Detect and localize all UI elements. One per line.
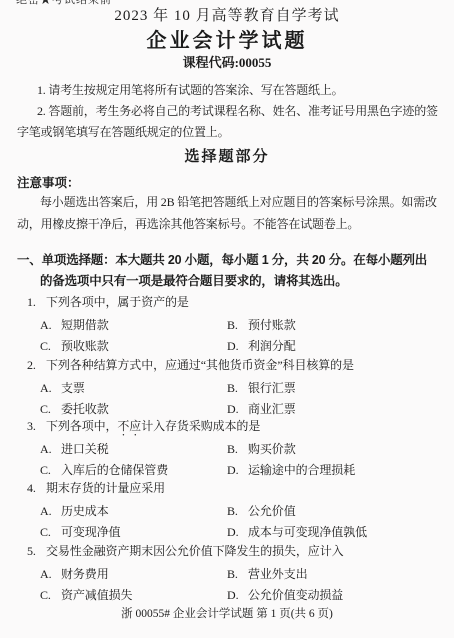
option-text: 历史成本 xyxy=(61,504,109,518)
question-5: 5.交易性金融资产期末因公允价值下降发生的损失，应计入 A.财务费用 B.营业外… xyxy=(17,541,438,606)
option-row: A.短期借款 B.预付账款 xyxy=(17,315,438,336)
question-stem-text: 期末存货的计量应采用 xyxy=(46,481,165,495)
option-text: 支票 xyxy=(61,381,85,395)
option-text: 预收账款 xyxy=(61,339,109,353)
instruction-item-2: 2. 答题前，考生务必将自己的考试课程名称、姓名、准考证号用黑色字迹的签字笔或钢… xyxy=(17,101,438,142)
question-5-option-b: B.营业外支出 xyxy=(227,564,308,585)
option-text: 进口关税 xyxy=(61,442,109,456)
option-label: C. xyxy=(40,522,55,543)
option-label: A. xyxy=(40,564,55,585)
question-1-option-b: B.预付账款 xyxy=(227,315,296,336)
question-2-option-b: B.银行汇票 xyxy=(227,378,296,399)
question-4: 4.期末存货的计量应采用 A.历史成本 B.公允价值 C.可变现净值 D.成本与… xyxy=(17,478,438,543)
question-4-stem: 4.期末存货的计量应采用 xyxy=(17,478,438,501)
option-label: B. xyxy=(227,501,242,522)
option-row: A.财务费用 B.营业外支出 xyxy=(17,564,438,585)
exam-paper-page: 绝密★考试结束前 2023 年 10 月高等教育自学考试 企业会计学试题 课程代… xyxy=(0,0,454,638)
option-text: 利润分配 xyxy=(248,339,296,353)
option-text: 委托收款 xyxy=(61,402,109,416)
option-text: 运输途中的合理损耗 xyxy=(248,463,355,477)
section-heading: 选择题部分 xyxy=(0,147,454,167)
question-5-stem: 5.交易性金融资产期末因公允价值下降发生的损失，应计入 xyxy=(17,541,438,564)
notice-body: 每小题选出答案后，用 2B 铅笔把答题纸上对应题目的答案标号涂黑。如需改动，用橡… xyxy=(17,192,438,235)
exam-session-title: 2023 年 10 月高等教育自学考试 xyxy=(0,6,454,26)
notice-title: 注意事项： xyxy=(17,174,438,192)
question-stem-emphasis: 不应 xyxy=(117,419,141,433)
question-stem-text: 下列各种结算方式中，应通过“其他货币资金”科目核算的是 xyxy=(46,358,354,372)
option-label: B. xyxy=(227,564,242,585)
question-5-option-a: A.财务费用 xyxy=(40,564,227,585)
question-number: 5. xyxy=(27,541,40,562)
option-row: C.预收账款 D.利润分配 xyxy=(17,336,438,357)
question-2: 2.下列各种结算方式中，应通过“其他货币资金”科目核算的是 A.支票 B.银行汇… xyxy=(17,355,438,420)
question-2-option-a: A.支票 xyxy=(40,378,227,399)
option-label: A. xyxy=(40,315,55,336)
option-label: C. xyxy=(40,336,55,357)
question-4-option-a: A.历史成本 xyxy=(40,501,227,522)
question-stem-text: 下列各项中， xyxy=(46,419,117,433)
question-number: 3. xyxy=(27,416,40,437)
question-number: 2. xyxy=(27,355,40,376)
question-3-option-b: B.购买价款 xyxy=(227,439,296,460)
question-stem-text: 交易性金融资产期末因公允价值下降发生的损失，应计入 xyxy=(46,544,344,558)
option-label: B. xyxy=(227,439,242,460)
question-1-option-c: C.预收账款 xyxy=(40,336,227,357)
option-row: A.支票 B.银行汇票 xyxy=(17,378,438,399)
question-4-option-b: B.公允价值 xyxy=(227,501,296,522)
option-label: D. xyxy=(227,336,242,357)
course-code: 课程代码:00055 xyxy=(0,55,454,71)
option-label: D. xyxy=(227,522,242,543)
option-row: C.资产减值损失 D.公允价值变动损益 xyxy=(17,585,438,606)
instruction-item-1: 1. 请考生按规定用笔将所有试题的答案涂、写在答题纸上。 xyxy=(17,80,438,101)
question-2-stem: 2.下列各种结算方式中，应通过“其他货币资金”科目核算的是 xyxy=(17,355,438,378)
option-row: A.进口关税 B.购买价款 xyxy=(17,439,438,460)
question-number: 4. xyxy=(27,478,40,499)
question-1: 1.下列各项中，属于资产的是 A.短期借款 B.预付账款 C.预收账款 D.利润… xyxy=(17,292,438,357)
option-text: 商业汇票 xyxy=(248,402,296,416)
part-one-heading: 一、单项选择题：本大题共 20 小题，每小题 1 分，共 20 分。在每小题列出… xyxy=(17,250,438,292)
question-1-option-d: D.利润分配 xyxy=(227,336,296,357)
option-label: A. xyxy=(40,501,55,522)
question-3-option-a: A.进口关税 xyxy=(40,439,227,460)
paper-title: 企业会计学试题 xyxy=(0,29,454,53)
option-text: 银行汇票 xyxy=(248,381,296,395)
option-label: A. xyxy=(40,378,55,399)
option-label: B. xyxy=(227,378,242,399)
question-5-option-d: D.公允价值变动损益 xyxy=(227,585,343,606)
question-1-stem: 1.下列各项中，属于资产的是 xyxy=(17,292,438,315)
option-text: 入库后的仓储保管费 xyxy=(61,463,168,477)
option-label: B. xyxy=(227,315,242,336)
option-row: A.历史成本 B.公允价值 xyxy=(17,501,438,522)
question-3: 3.下列各项中，不应计入存货采购成本的是 A.进口关税 B.购买价款 C.入库后… xyxy=(17,416,438,481)
question-stem-text: 计入存货采购成本的是 xyxy=(141,419,260,433)
option-label: D. xyxy=(227,585,242,606)
option-text: 营业外支出 xyxy=(248,567,308,581)
page-footer: 浙 00055# 企业会计学试题 第 1 页(共 6 页) xyxy=(0,606,454,622)
option-text: 可变现净值 xyxy=(61,525,121,539)
option-row: C.可变现净值 D.成本与可变现净值孰低 xyxy=(17,522,438,543)
option-text: 购买价款 xyxy=(248,442,296,456)
option-text: 财务费用 xyxy=(61,567,109,581)
option-text: 成本与可变现净值孰低 xyxy=(248,525,367,539)
option-label: C. xyxy=(40,585,55,606)
option-text: 公允价值变动损益 xyxy=(248,588,343,602)
option-text: 公允价值 xyxy=(248,504,296,518)
question-4-option-c: C.可变现净值 xyxy=(40,522,227,543)
question-5-option-c: C.资产减值损失 xyxy=(40,585,227,606)
question-stem-text: 下列各项中，属于资产的是 xyxy=(46,295,189,309)
option-text: 资产减值损失 xyxy=(61,588,132,602)
option-text: 短期借款 xyxy=(61,318,109,332)
question-number: 1. xyxy=(27,292,40,313)
question-3-stem: 3.下列各项中，不应计入存货采购成本的是 xyxy=(17,416,438,439)
question-4-option-d: D.成本与可变现净值孰低 xyxy=(227,522,367,543)
option-label: A. xyxy=(40,439,55,460)
option-text: 预付账款 xyxy=(248,318,296,332)
question-1-option-a: A.短期借款 xyxy=(40,315,227,336)
